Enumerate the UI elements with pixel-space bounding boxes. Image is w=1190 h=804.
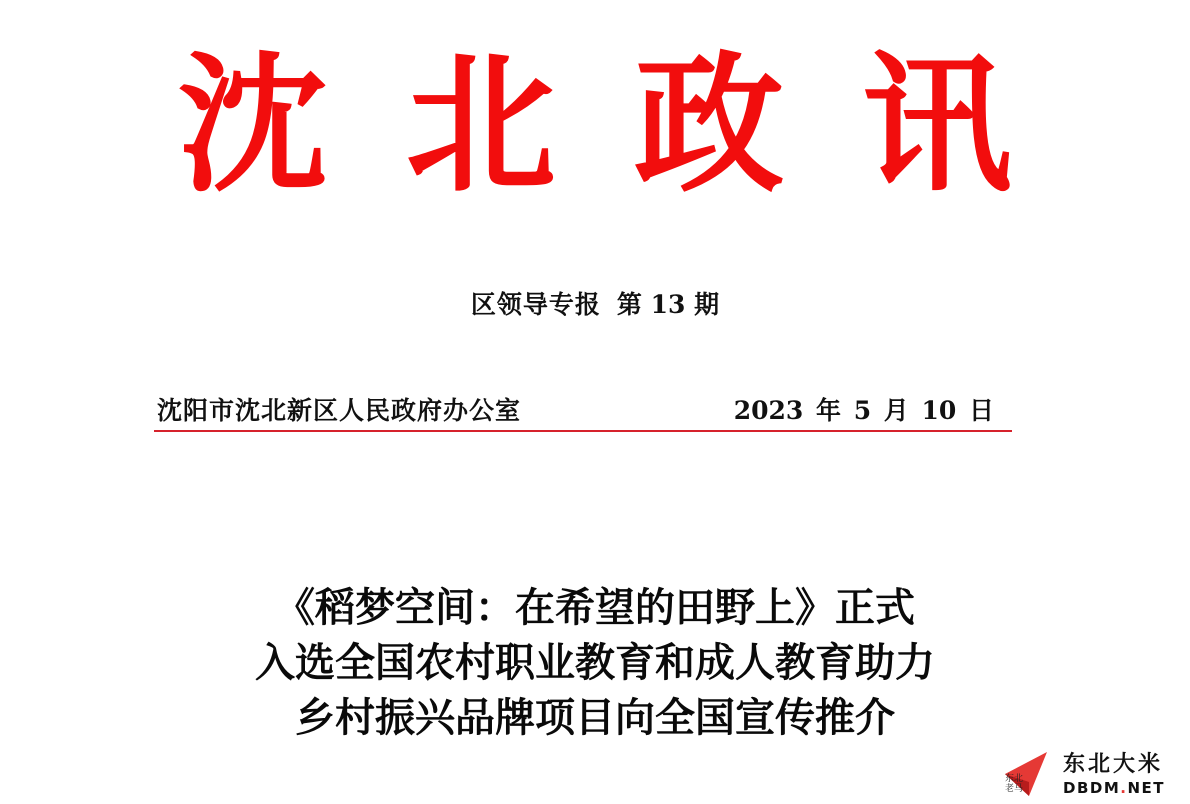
watermark-logo: 东北 老马 东北大米 DBDM.NET: [1003, 752, 1188, 800]
brand-name-cn: 东北大米: [1063, 752, 1163, 778]
issue-number: 第 13 期: [617, 290, 719, 319]
headline-line-1: 《稻梦空间：在希望的田野上》正式: [0, 580, 1190, 635]
issue-line: 区领导专报第 13 期: [0, 288, 1190, 322]
article-headline: 《稻梦空间：在希望的田野上》正式 入选全国农村职业教育和成人教育助力 乡村振兴品…: [0, 580, 1190, 745]
brand-badge: 东北 老马: [1003, 752, 1047, 798]
header-row: 沈阳市沈北新区人民政府办公室 2023 年 5 月 10 日: [157, 392, 1012, 430]
badge-text: 东北 老马: [1005, 774, 1027, 794]
headline-line-3: 乡村振兴品牌项目向全国宣传推介: [0, 690, 1190, 745]
issuing-organization: 沈阳市沈北新区人民政府办公室: [157, 392, 521, 430]
issue-date: 2023 年 5 月 10 日: [734, 392, 994, 430]
red-divider-rule: [154, 430, 1012, 432]
brand-domain: DBDM.NET: [1063, 779, 1165, 797]
masthead-title: 沈北政讯: [0, 40, 1190, 210]
issue-series: 区领导专报: [471, 290, 601, 319]
headline-line-2: 入选全国农村职业教育和成人教育助力: [0, 635, 1190, 690]
